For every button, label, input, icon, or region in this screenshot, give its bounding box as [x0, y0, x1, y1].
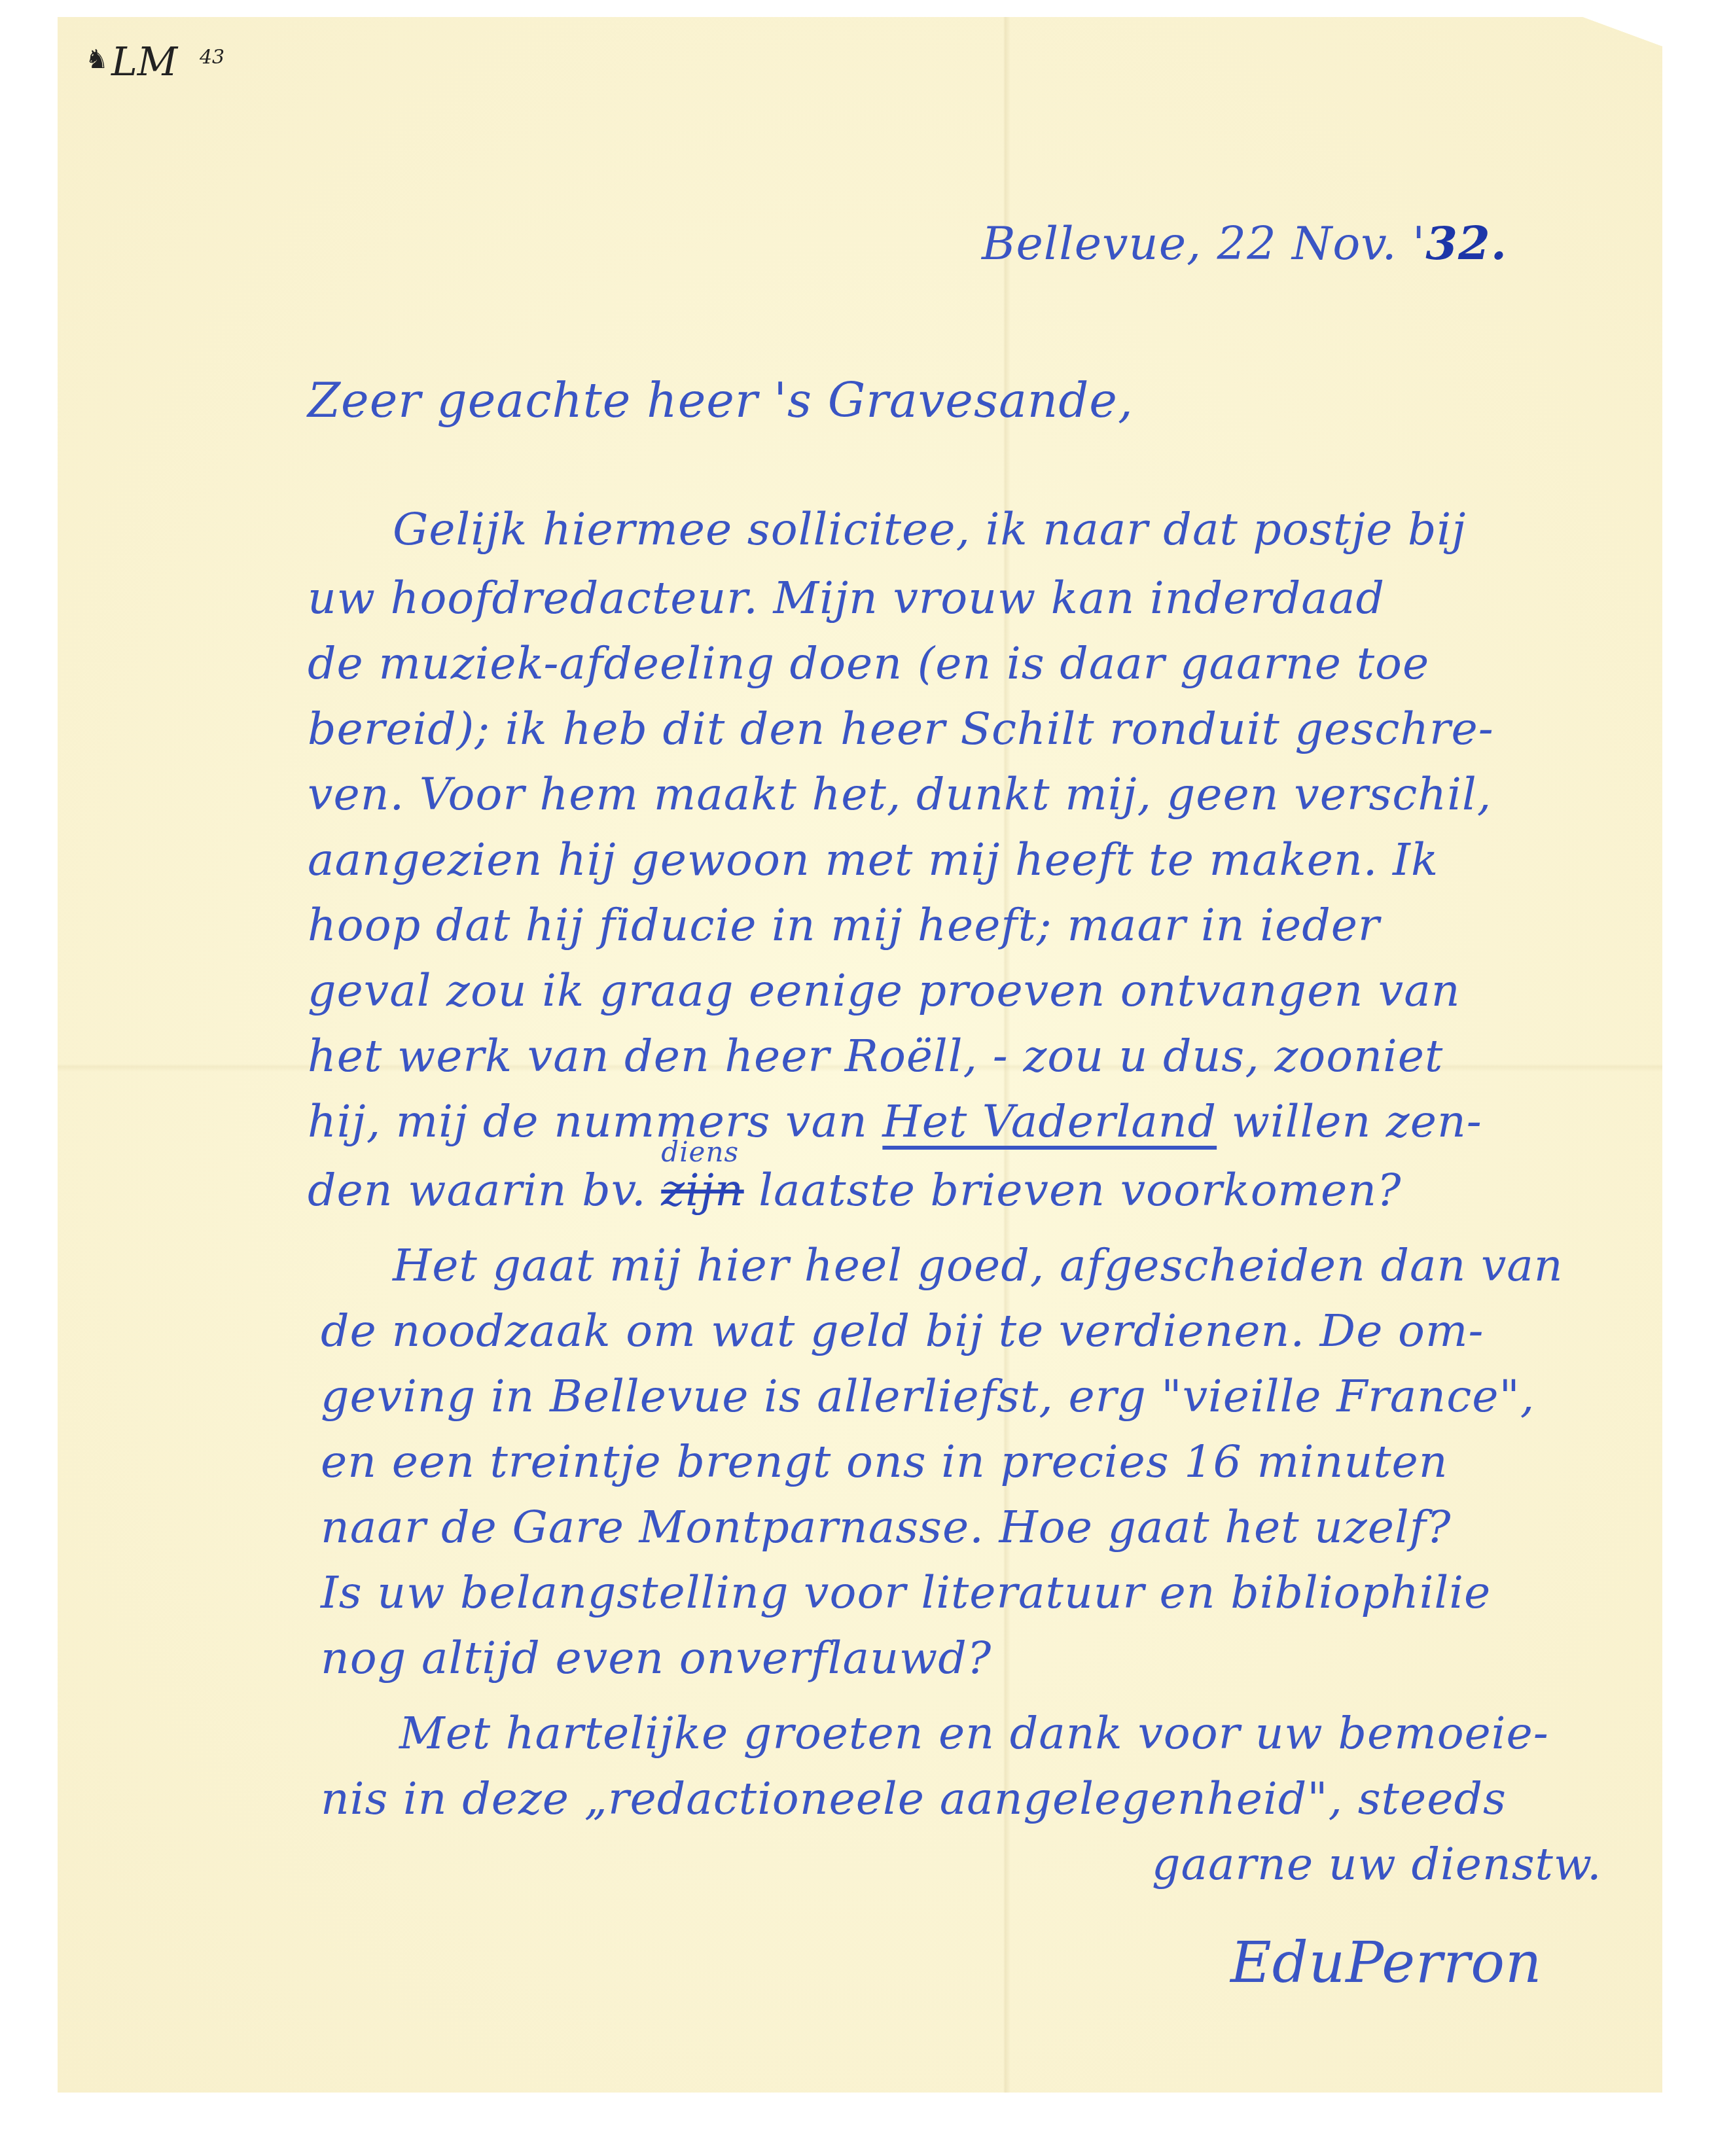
archive-number: 43	[200, 46, 224, 69]
body-line: hij, mij de nummers van Het Vaderland wi…	[308, 1096, 1482, 1148]
body-line: de muziek-afdeeling doen (en is daar gaa…	[308, 638, 1429, 690]
body-line: nis in deze „redactioneele aangelegenhei…	[321, 1773, 1507, 1825]
lion-emblem-icon: ♞	[85, 44, 109, 75]
year: 32.	[1425, 216, 1507, 270]
salutation: Zeer geachte heer 's Gravesande,	[308, 373, 1134, 428]
correction: dienszijn	[661, 1165, 743, 1216]
body-line: hoop dat hij fiducie in mij heeft; maar …	[308, 900, 1380, 951]
place-date: Bellevue, 22 Nov. '	[982, 217, 1425, 270]
body-line: geval zou ik graag eenige proeven ontvan…	[308, 965, 1461, 1017]
struck-word: zijn	[661, 1165, 743, 1216]
body-line: Het gaat mij hier heel goed, afgescheide…	[393, 1240, 1564, 1292]
inserted-word: diens	[661, 1136, 739, 1168]
monogram: LM	[111, 39, 177, 85]
body-line: Met hartelijke groeten en dank voor uw b…	[399, 1708, 1549, 1759]
body-line: ven. Voor hem maakt het, dunkt mij, geen…	[308, 769, 1492, 821]
body-line: Gelijk hiermee sollicitee, ik naar dat p…	[393, 504, 1466, 556]
body-line: aangezien hij gewoon met mij heeft te ma…	[308, 834, 1439, 886]
body-line: uw hoofdredacteur. Mijn vrouw kan inderd…	[308, 573, 1385, 624]
body-line: en een treintje brengt ons in precies 16…	[321, 1436, 1448, 1488]
dateline: Bellevue, 22 Nov. '32.	[982, 216, 1507, 270]
body-line: nog altijd even onverflauwd?	[321, 1633, 992, 1684]
body-line: de noodzaak om wat geld bij te verdienen…	[321, 1305, 1484, 1357]
body-line: bereid); ik heb dit den heer Schilt rond…	[308, 703, 1494, 755]
newspaper-title: Het Vaderland	[882, 1096, 1217, 1148]
signature: EduPerron	[1230, 1930, 1543, 1996]
closing: gaarne uw dienstw.	[1152, 1839, 1602, 1890]
body-line: Is uw belangstelling voor literatuur en …	[321, 1567, 1491, 1619]
body-line: het werk van den heer Roëll, - zou u dus…	[308, 1031, 1443, 1082]
body-line: den waarin bv. dienszijn laatste brieven…	[308, 1165, 1402, 1216]
body-line: naar de Gare Montparnasse. Hoe gaat het …	[321, 1502, 1451, 1553]
body-line: geving in Bellevue is allerliefst, erg "…	[321, 1371, 1535, 1423]
archive-stamp: ♞ LM 43	[85, 39, 229, 105]
